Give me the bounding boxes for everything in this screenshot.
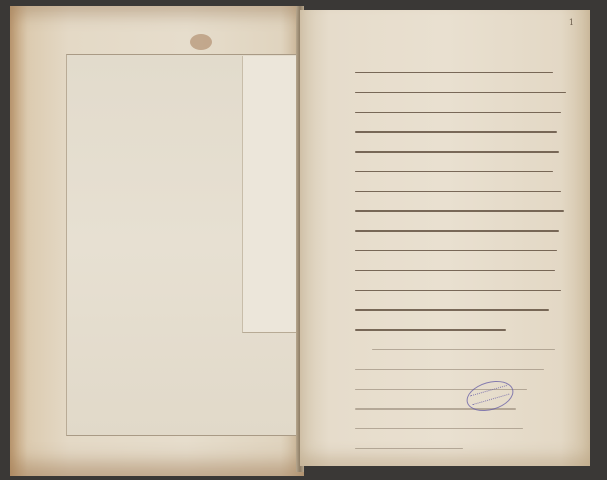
handwritten-text bbox=[355, 72, 570, 468]
right-page: 1 bbox=[300, 10, 590, 466]
folio-number: 1 bbox=[569, 18, 574, 27]
manuscript-spread: 1 bbox=[0, 0, 607, 480]
left-page bbox=[10, 6, 304, 476]
stain bbox=[190, 34, 212, 50]
